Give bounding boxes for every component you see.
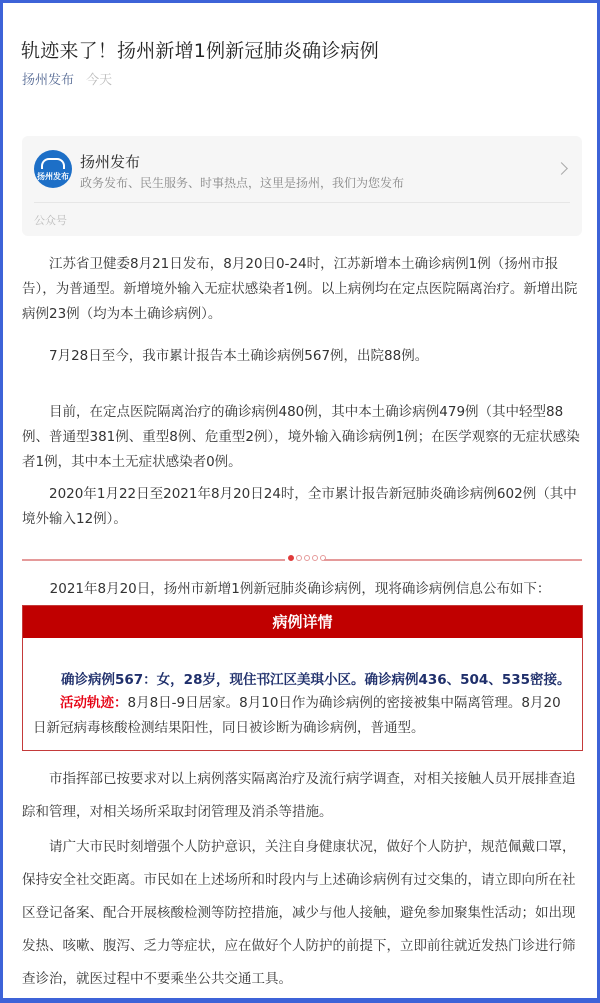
case-details-box: 病例详情 确诊病例567：女，28岁，现住邗江区美琪小区。确诊病例436、504… <box>22 605 583 751</box>
paragraph: 江苏省卫健委8月21日发布，8月20日0-24时，江苏新增本土确诊病例1例（扬州… <box>22 252 582 327</box>
dots-ornament <box>288 555 326 561</box>
paragraph: 请广大市民时刻增强个人防护意识，关注自身健康状况，做好个人防护，规范佩戴口罩，保… <box>22 831 582 996</box>
article-meta: 扬州发布 今天 <box>22 69 112 88</box>
paragraph: 市指挥部已按要求对以上病例落实隔离治疗及流行病学调查，对相关接触人员开展排查追踪… <box>22 763 582 829</box>
paragraph: 7月28日至今，我市累计报告本土确诊病例567例，出院88例。 <box>22 344 582 369</box>
account-type-label: 公众号 <box>34 212 67 228</box>
paragraph: 目前，在定点医院隔离治疗的确诊病例480例，其中本土确诊病例479例（其中轻型8… <box>22 400 582 475</box>
case-activity-track: 活动轨迹：8月8日-9日居家。8月10日作为确诊病例的密接被集中隔离管理。8月2… <box>33 691 573 741</box>
case-intro: 2021年8月20日，扬州市新增1例新冠肺炎确诊病例，现将确诊病例信息公布如下： <box>3 577 597 597</box>
paragraph: 2020年1月22日至2021年8月20日24时，全市累计报告新冠肺炎确诊病例6… <box>22 482 582 532</box>
account-avatar: 扬州发布 <box>34 150 72 188</box>
article-page: 轨迹来了！扬州新增1例新冠肺炎确诊病例 扬州发布 今天 扬州发布 扬州发布 政务… <box>3 3 597 998</box>
gate-logo-icon <box>41 158 65 169</box>
account-description: 政务发布、民生服务、时事热点，这里是扬州，我们为您发布 <box>80 174 404 191</box>
author-link[interactable]: 扬州发布 <box>22 73 74 88</box>
article-title: 轨迹来了！扬州新增1例新冠肺炎确诊病例 <box>21 36 379 63</box>
publish-date: 今天 <box>86 73 112 88</box>
account-name: 扬州发布 <box>80 151 140 172</box>
card-divider <box>34 202 570 203</box>
section-divider <box>22 559 582 561</box>
case-summary: 确诊病例567：女，28岁，现住邗江区美琪小区。确诊病例436、504、535密… <box>61 668 571 688</box>
chevron-right-icon[interactable] <box>555 162 568 175</box>
case-details-header: 病例详情 <box>23 606 582 638</box>
track-label: 活动轨迹： <box>60 695 128 711</box>
account-card[interactable]: 扬州发布 扬州发布 政务发布、民生服务、时事热点，这里是扬州，我们为您发布 公众… <box>22 136 582 236</box>
